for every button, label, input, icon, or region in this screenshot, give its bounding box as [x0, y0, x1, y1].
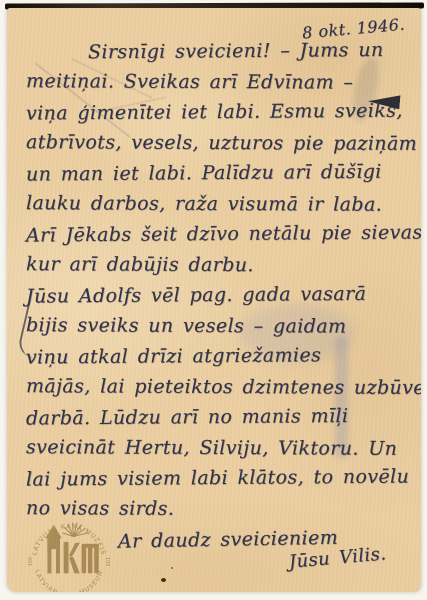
watermark-100-left: 100: [28, 557, 34, 566]
letter-line: kur arī dabūjis darbu.: [26, 249, 413, 281]
letter-line: viņu atkal drīzi atgriežamies: [26, 339, 413, 373]
letter-line: bijis sveiks un vesels – gaidam: [26, 310, 413, 342]
svg-text:LATVIAN WAR MUSEUM: LATVIAN WAR MUSEUM: [33, 569, 105, 592]
letter-line: Sirsnīgi sveicieni! – Jums un: [88, 35, 413, 68]
letter-line: darbā. Lūdzu arī no manis mīļi: [26, 400, 413, 434]
letter-body: Sirsnīgi sveicieni! – Jums un meitiņai. …: [26, 36, 413, 585]
postcard-paper: 8 okt. 1946. Sirsnīgi sveicieni! – Jums …: [7, 8, 421, 592]
letter-line: lauku darbos, raža visumā ir laba.: [26, 188, 413, 220]
letter-line: meitiņai. Sveikas arī Edvīnam –: [26, 66, 413, 98]
letter-line: Jūsu Adolfs vēl pag. gada vasarā: [26, 278, 413, 312]
watermark-ring-bottom-text: LATVIAN WAR MUSEUM: [33, 569, 105, 592]
letter-line: Arī Jēkabs šeit dzīvo netālu pie sievas,: [26, 217, 413, 251]
war-museum-watermark-icon: LATVIJAS KARA MUZEJS LATVIAN WAR MUSEUM …: [24, 514, 114, 592]
letter-line: lai jums visiem labi klātos, to novēlu: [26, 461, 413, 495]
letter-line: viņa ģimenītei iet labi. Esmu sveiks,: [26, 95, 413, 129]
letter-line: atbrīvots, vesels, uzturos pie paziņām: [26, 127, 413, 159]
watermark-100-right: 100: [104, 557, 110, 566]
scanned-postcard: 8 okt. 1946. Sirsnīgi sveicieni! – Jums …: [0, 0, 427, 600]
letter-line: sveicināt Hertu, Silviju, Viktoru. Un: [26, 432, 413, 464]
letter-line: mājās, lai pieteiktos dzimtenes uzbūves: [26, 371, 413, 403]
letter-line: un man iet labi. Palīdzu arī dūšīgi: [26, 156, 413, 190]
